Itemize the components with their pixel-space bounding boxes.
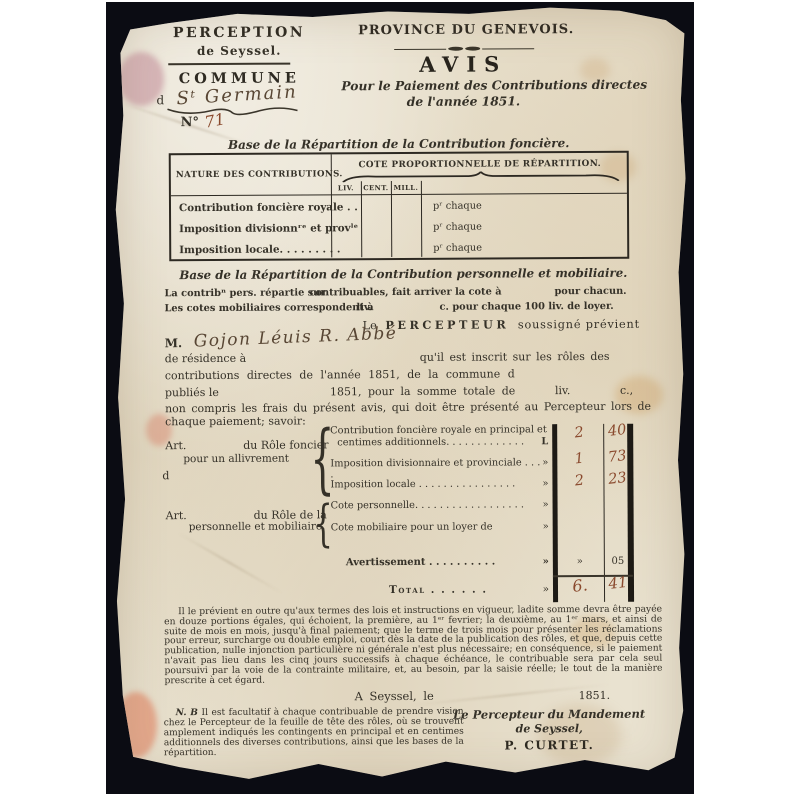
fonciere-table: NATURE DES CONTRIBUTIONS. COTE PROPORTIO…	[169, 151, 630, 261]
table-header-rule	[171, 193, 627, 197]
inscrit-text: qu'il est inscrit sur les rôles des	[420, 350, 610, 364]
item-cote-personnelle: Cote personnelle. . . . . . . . . . . . …	[331, 499, 549, 511]
pers-role2-label: personnelle et mobiliaire.	[189, 520, 326, 533]
pers-art-label: Art.	[166, 509, 187, 522]
numero-label: N°	[181, 115, 199, 130]
table-row-note: pʳ chaque	[433, 201, 482, 212]
table-divider	[361, 181, 363, 257]
amount-liv: 1	[560, 449, 600, 469]
col-nature-header: NATURE DES CONTRIBUTIONS.	[176, 169, 328, 180]
currency-symbol: »	[542, 478, 548, 489]
total-cent: 41	[606, 573, 630, 593]
item-cote-mobiliaire: Cote mobiliaire pour un loyer de»	[331, 521, 549, 533]
avertissement-liv: »	[561, 556, 599, 567]
personnelle-line1-c: pour chacun.	[554, 286, 626, 297]
amount-liv: 2	[560, 471, 600, 491]
personnelle-section-title: Base de la Répartition de la Contributio…	[179, 266, 619, 282]
fonciere-section-title: Base de la Répartition de la Contributio…	[209, 136, 589, 152]
currency-symbol: »	[543, 583, 550, 595]
foncier-sub1-label: pour un allivrement	[183, 453, 289, 466]
table-divider	[421, 181, 423, 257]
avis-subtitle-1: Pour le Paiement des Contributions direc…	[341, 77, 586, 93]
personnelle-line1-b: contribuables, fait arriver la cote à	[309, 286, 501, 298]
table-brace	[341, 171, 621, 182]
header-rule	[168, 63, 290, 65]
currency-symbol: »	[542, 457, 548, 479]
table-row-label: Imposition divisionnʳᵉ et provˡᵉ	[179, 222, 358, 235]
table-row-note: pʳ chaque	[433, 222, 482, 233]
table-row-note: pʳ chaque	[433, 243, 482, 254]
avis-title: AVIS	[358, 51, 568, 77]
numero-handwritten: 71	[203, 109, 226, 131]
scan-dark-background: PERCEPTION de Seyssel. COMMUNE d Sᵗ Germ…	[106, 2, 694, 794]
amount-liv: 2	[559, 423, 599, 443]
signature-block: Le Percepteur du Mandement de Seyssel, P…	[447, 707, 652, 753]
personnelle-line2-c: c. pour chaque 100 liv. de loyer.	[439, 301, 613, 313]
percepteur-word: PERCEPTEUR	[385, 317, 509, 332]
currency-symbol: »	[543, 521, 549, 532]
total-row: Total . . . . . .»	[389, 583, 549, 596]
signature-name: P. CURTET.	[447, 738, 652, 753]
printed-content: PERCEPTION de Seyssel. COMMUNE d Sᵗ Germ…	[108, 4, 691, 790]
province-title: PROVINCE DU GENEVOIS.	[358, 22, 568, 38]
avertissement-label: Avertissement . . . . . . . . . .	[346, 557, 495, 569]
item-text: Cote personnelle. . . . . . . . . . . . …	[331, 499, 524, 511]
notice-line4-b: 1851, pour la somme totale de	[330, 384, 515, 398]
avis-subtitle-2: de l'année 1851.	[358, 93, 568, 109]
item-text: Imposition locale . . . . . . . . . . . …	[330, 478, 515, 490]
table-divider	[391, 181, 393, 257]
legal-paragraph: Il le prévient en outre qu'aux termes de…	[164, 605, 662, 686]
percepteur-rest: soussigné prévient	[518, 318, 640, 332]
notice-line3: contributions directes de l'année 1851, …	[165, 367, 515, 382]
currency-symbol: L	[541, 436, 548, 447]
subcol-liv: LIV.	[331, 184, 361, 192]
item-locale: Imposition locale . . . . . . . . . . . …	[330, 478, 548, 490]
place-date-line: A Seyssel, le	[355, 689, 434, 703]
col-cote-header: COTE PROPORTIONNELLE DE RÉPARTITION.	[331, 159, 629, 171]
notice-line4-d: c.,	[620, 384, 633, 397]
total-label: Total . . . . . .	[389, 584, 488, 597]
nota-bene: N. B Il est facultatif à chaque contribu…	[164, 707, 464, 759]
currency-symbol: »	[543, 556, 549, 567]
foncier-art-label: Art.	[165, 439, 186, 452]
notice-line5: non compris les frais du présent avis, q…	[165, 400, 651, 416]
publies-label: publiés le	[165, 386, 219, 399]
percepteur-line: Le PERCEPTEUR soussigné prévient	[363, 317, 640, 332]
notice-line6: chaque paiement; savoir:	[165, 414, 306, 428]
foncier-sub2-label: d	[162, 469, 169, 482]
table-row-label: Contribution foncière royale . .	[179, 201, 358, 214]
signature-line2: de Seyssel,	[447, 722, 652, 736]
item-text: centimes additionnels. . . . . . . . . .…	[337, 436, 524, 448]
personnelle-line1-a: La contribⁿ pers. répartie sur	[164, 287, 325, 299]
item-text: Cote mobiliaire pour un loyer de	[331, 522, 493, 534]
year-text: 1851.	[579, 689, 611, 702]
amount-cent: 40	[605, 422, 629, 440]
currency-symbol: »	[543, 499, 549, 510]
amount-cent: 23	[606, 470, 630, 488]
commune-prefix: d	[156, 93, 164, 107]
item-divisionnaire: Imposition divisionnaire et provinciale …	[330, 457, 548, 480]
avertissement-cent: 05	[607, 556, 629, 567]
item-foncier-royale-line2: centimes additionnels. . . . . . . . . .…	[337, 436, 548, 448]
contribuable-name-handwritten: Gojon Léuis R. Abbé	[193, 323, 397, 351]
total-liv: 6.	[560, 574, 600, 597]
document-photo: { "colors": { "background": "#0b0c13", "…	[0, 0, 800, 800]
item-foncier-royale-line1: Contribution foncière royale en principa…	[330, 424, 547, 436]
perception-title: PERCEPTION	[163, 24, 315, 41]
nb-label: N. B	[176, 707, 198, 718]
paper-sheet: PERCEPTION de Seyssel. COMMUNE d Sᵗ Germ…	[110, 6, 689, 789]
nb-text: Il est facultatif à chaque contribuable …	[164, 707, 464, 759]
table-row-label: Imposition locale. . . . . . . . .	[179, 243, 340, 256]
perception-subtitle: de Seyssel.	[163, 43, 315, 58]
subcol-cent: CENT.	[361, 184, 391, 192]
notice-line4-c: liv.	[555, 384, 571, 397]
signature-line1: Le Percepteur du Mandement	[447, 707, 652, 722]
amount-cent: 73	[606, 448, 630, 466]
avertissement-row: Avertissement . . . . . . . . . .»	[346, 556, 549, 568]
residence-label: de résidence à	[165, 352, 246, 365]
subcol-mill: MILL.	[391, 184, 421, 192]
monsieur-label: M.	[165, 336, 183, 350]
item-text: Imposition divisionnaire et provinciale …	[330, 457, 542, 480]
personnelle-line2-b: liv.	[357, 302, 373, 313]
personnelle-line2-a: Les cotes mobiliaires correspondent à	[165, 302, 374, 314]
